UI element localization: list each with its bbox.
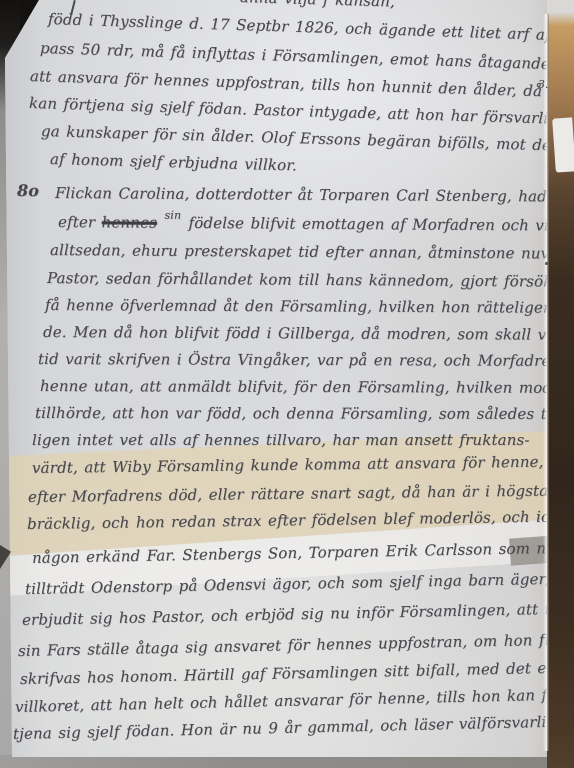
handwritten-line: erbjudit sig hos Pastor, och erbjöd sig … (22, 602, 550, 628)
handwritten-line: ga kunskaper för sin ålder. Olof Erssons… (41, 124, 551, 153)
handwritten-line: Pastor, sedan förhållandet kom till hans… (47, 271, 574, 290)
next-page-white-edge (552, 117, 574, 172)
handwritten-line: alltsedan, ehuru presterskapet tid efter… (50, 243, 574, 262)
line-text: födelse blifvit emottagen af Morfadren o… (189, 214, 574, 235)
handwritten-line: de. Men då hon blifvit född i Gillberga,… (43, 325, 574, 343)
margin-page-mark: 3. (538, 78, 549, 91)
handwritten-line: kan förtjena sig sjelf födan. Pastor int… (29, 96, 554, 127)
handwritten-line: tjena sig sjelf födan. Hon är nu 9 år ga… (13, 714, 568, 742)
entry-number: 8o (17, 183, 39, 199)
handwritten-line: född i Thysslinge d. 17 Septbr 1826, och… (48, 12, 574, 44)
handwritten-line: få henne öfverlemnad åt den Församling, … (45, 298, 574, 316)
handwritten-line: sin Fars ställe åtaga sig ansvaret för h… (18, 632, 574, 659)
scanned-manuscript-photo: anna vilja f kansan, född i Thysslinge d… (0, 0, 574, 768)
handwritten-line: tid varit skrifven i Östra Vingåker, var… (38, 352, 574, 369)
handwritten-line: någon erkänd Far. Stenbergs Son, Torpare… (32, 541, 556, 566)
handwritten-line: tillhörde, att hon var född, och denna F… (35, 406, 569, 422)
struck-word: hennes (102, 213, 157, 231)
handwritten-line: henne utan, att anmäldt blifvit, för den… (40, 379, 574, 396)
book-gutter-edge (547, 0, 574, 768)
handwritten-line: bräcklig, och hon redan strax efter föde… (27, 509, 574, 532)
handwritten-line: Flickan Carolina, dotterdotter åt Torpar… (55, 186, 574, 205)
handwritten-line: pass 50 rdr, må få inflyttas i Församlin… (40, 41, 555, 72)
handwritten-line: tillträdt Odenstorp på Odensvi ägor, och… (25, 571, 574, 597)
handwritten-line: af honom sjelf erbjudna villkor. (50, 152, 297, 173)
handwritten-line: skrifvas hos honom. Härtill gaf Församli… (20, 660, 574, 687)
handwritten-line: efter Morfadrens död, eller rättare snar… (28, 483, 574, 505)
margin-speck (545, 262, 548, 265)
handwritten-line-with-correction: efter hennes sin födelse blifvit emottag… (58, 215, 574, 234)
handwritten-line: ligen intet vet alls af hennes tillvaro,… (32, 433, 530, 448)
line-text: efter (58, 213, 95, 231)
handwritten-line-cut: anna vilja f kansan, (240, 0, 395, 10)
handwritten-line: värdt, att Wiby Församling kunde komma a… (32, 455, 544, 476)
inserted-word: sin (164, 209, 181, 222)
handwritten-text: anna vilja f kansan, född i Thysslinge d… (0, 0, 574, 768)
handwritten-line: villkoret, att han helt och hållet ansva… (15, 687, 569, 715)
